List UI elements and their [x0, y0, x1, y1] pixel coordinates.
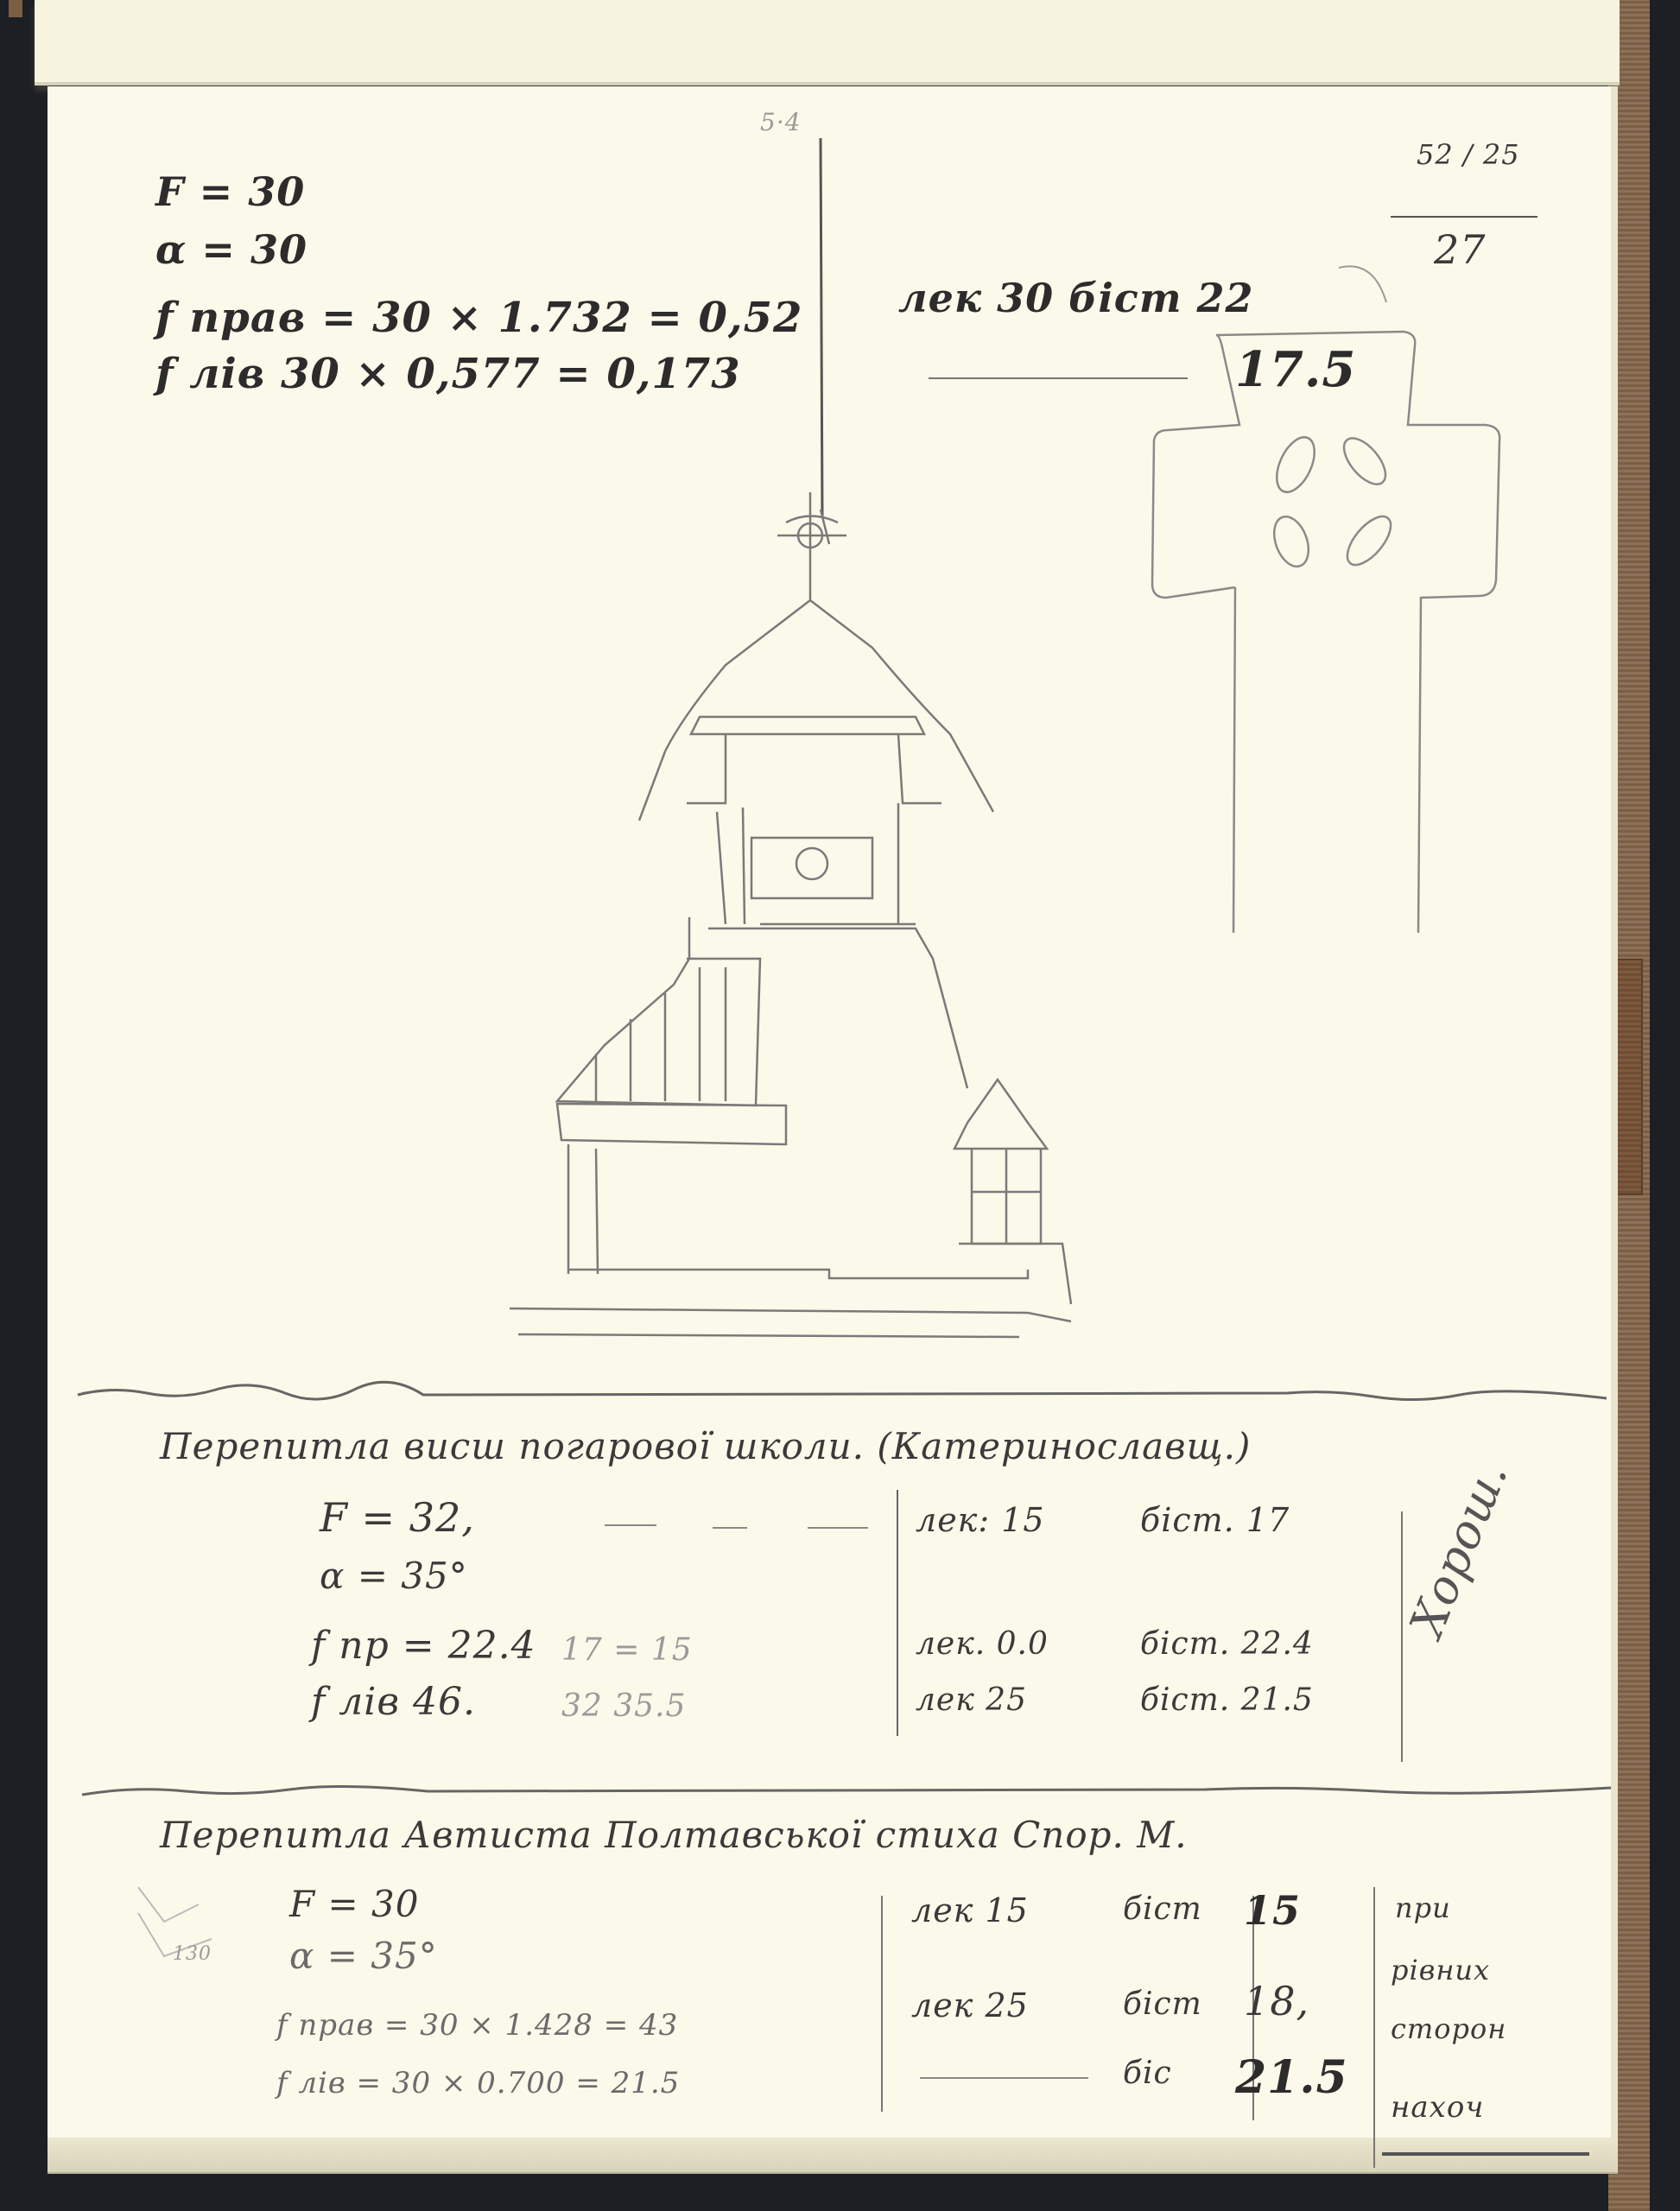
- calc-line: f лів 46.: [311, 1680, 476, 1724]
- notebook-cover-left: [9, 0, 22, 17]
- calc-line: f пр = 22.4: [311, 1624, 536, 1668]
- side-note-line: при: [1395, 1891, 1451, 1924]
- underline: [1382, 2152, 1589, 2156]
- section-divider: [82, 1779, 1611, 1805]
- calc-line: F = 30: [289, 1883, 419, 1925]
- column-divider: [881, 1896, 883, 2112]
- calc-line: F = 30: [155, 168, 305, 215]
- cross-outline-sketch: [1123, 328, 1503, 933]
- measure-bist: біст: [1123, 1986, 1202, 2022]
- fraction-denominator: 27: [1434, 226, 1487, 273]
- measure-value: 15: [1244, 1887, 1301, 1934]
- measure-lek: лек 25: [916, 1682, 1027, 1718]
- measure-value: 18,: [1244, 1978, 1309, 2024]
- side-note-line: рівних: [1391, 1954, 1490, 1986]
- faint-page-number: 5·4: [760, 108, 802, 136]
- measure-lek: лек: 15: [916, 1501, 1045, 1539]
- previous-page-edge: [35, 0, 1620, 86]
- dash: [605, 1524, 656, 1526]
- section-divider: [78, 1378, 1607, 1412]
- faint-calc: 17 = 15: [561, 1632, 693, 1668]
- column-divider: [897, 1490, 898, 1736]
- plan-label: 130: [173, 1943, 212, 1965]
- fraction-bar: [1391, 216, 1537, 218]
- fraction-numerator: 52 / 25: [1417, 138, 1520, 171]
- bracket-line: [1401, 1511, 1403, 1762]
- section-title: Перепитла Автиста Полтавської стиха Спор…: [160, 1814, 1188, 1856]
- calc-line: f прав = 30 × 1.428 = 43: [276, 2008, 678, 2043]
- calc-line: α = 30: [155, 226, 307, 273]
- faint-calc: 32 35.5: [561, 1688, 686, 1724]
- measure-bist: біст. 22.4: [1140, 1626, 1314, 1662]
- calc-line: F = 32,: [320, 1494, 475, 1541]
- measure-value: 21.5: [1235, 2051, 1348, 2104]
- measure-bist: біст. 17: [1140, 1501, 1290, 1539]
- side-note-line: нахоч: [1391, 2090, 1484, 2125]
- dash: [808, 1527, 868, 1529]
- bracket-line: [1373, 1887, 1375, 2168]
- measure-bist: біст: [1123, 1891, 1202, 1927]
- dash: [713, 1527, 747, 1529]
- side-note-line: сторон: [1391, 2012, 1506, 2045]
- measure-lek: лек. 0.0: [916, 1626, 1049, 1662]
- dash: [920, 2077, 1088, 2079]
- page-stack-edge: [48, 2138, 1618, 2174]
- section-title: Перепитла висш погарової школи. (Катерин…: [160, 1425, 1251, 1467]
- measure-bist: біст. 21.5: [1140, 1682, 1314, 1718]
- calc-line: α = 35°: [320, 1555, 468, 1597]
- calc-line: α = 35°: [289, 1935, 438, 1977]
- calc-line: f лів = 30 × 0.700 = 21.5: [276, 2066, 680, 2100]
- spine-binding: [1613, 959, 1643, 1195]
- measure-lek: лек 25: [911, 1986, 1029, 2024]
- measure-lek: лек 15: [911, 1891, 1029, 1929]
- cross-value: 17.5: [1235, 341, 1356, 398]
- measure-bist: біс: [1123, 2056, 1172, 2091]
- church-elevation-sketch: [466, 130, 1071, 1339]
